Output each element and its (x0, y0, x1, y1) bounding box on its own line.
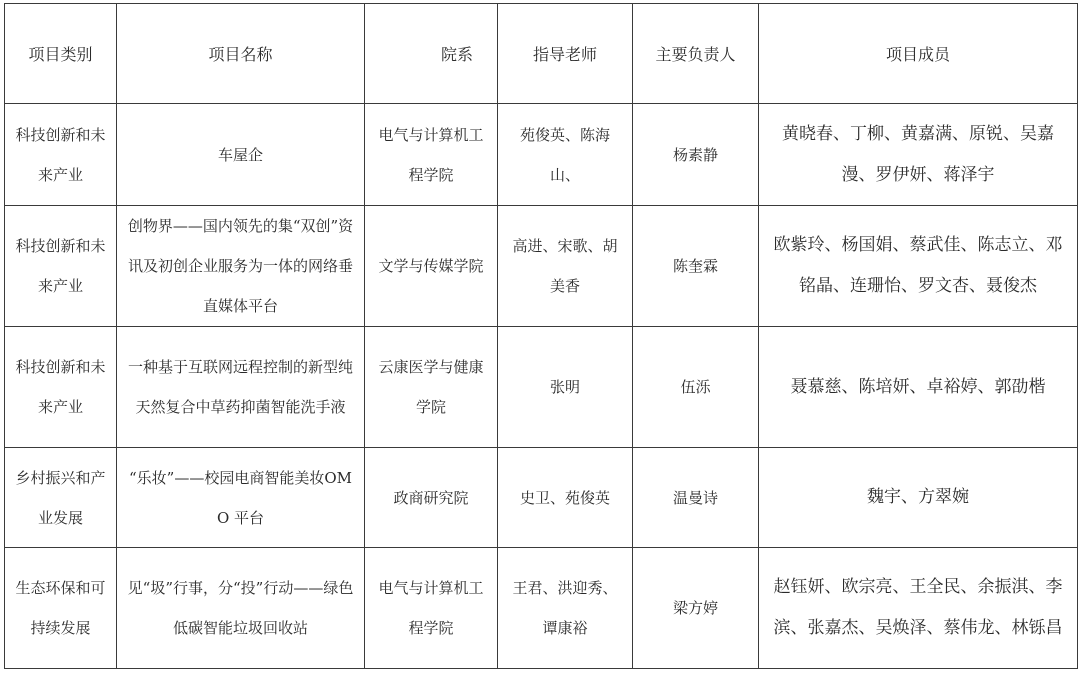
header-category: 项目类别 (5, 4, 117, 104)
header-department: 院系 (365, 4, 498, 104)
cell-members: 欧紫玲、杨国娟、蔡武佳、陈志立、邓铭晶、连珊怡、罗文杏、聂俊杰 (759, 206, 1078, 327)
cell-department: 政商研究院 (365, 448, 498, 548)
cell-leader: 伍泺 (633, 327, 759, 448)
header-members: 项目成员 (759, 4, 1078, 104)
header-advisors: 指导老师 (498, 4, 633, 104)
cell-category: 乡村振兴和产业发展 (5, 448, 117, 548)
table-row: 乡村振兴和产业发展 “乐妆”——校园电商智能美妆OMO 平台 政商研究院 史卫、… (5, 448, 1078, 548)
cell-advisors: 王君、洪迎秀、谭康裕 (498, 548, 633, 669)
cell-project-name: 创物界——国内领先的集“双创”资讯及初创企业服务为一体的网络垂直媒体平台 (117, 206, 365, 327)
cell-project-name: “乐妆”——校园电商智能美妆OMO 平台 (117, 448, 365, 548)
cell-project-name: 见“圾”行事，分“投”行动——绿色低碳智能垃圾回收站 (117, 548, 365, 669)
cell-advisors: 苑俊英、陈海山、 (498, 104, 633, 206)
cell-category: 生态环保和可持续发展 (5, 548, 117, 669)
cell-members: 魏宇、方翠婉 (759, 448, 1078, 548)
cell-leader: 杨素静 (633, 104, 759, 206)
cell-category: 科技创新和未来产业 (5, 104, 117, 206)
cell-members: 赵钰妍、欧宗亮、王全民、余振淇、李滨、张嘉杰、吴焕泽、蔡伟龙、林铄昌 (759, 548, 1078, 669)
cell-category: 科技创新和未来产业 (5, 206, 117, 327)
cell-members: 聂慕慈、陈培妍、卓裕婷、郭劭楷 (759, 327, 1078, 448)
cell-department: 文学与传媒学院 (365, 206, 498, 327)
table-row: 科技创新和未来产业 车屋企 电气与计算机工程学院 苑俊英、陈海山、 杨素静 黄晓… (5, 104, 1078, 206)
cell-department: 电气与计算机工程学院 (365, 548, 498, 669)
cell-project-name: 一种基于互联网远程控制的新型纯天然复合中草药抑菌智能洗手液 (117, 327, 365, 448)
header-row: 项目类别 项目名称 院系 指导老师 主要负责人 项目成员 (5, 4, 1078, 104)
cell-category: 科技创新和未来产业 (5, 327, 117, 448)
table-row: 科技创新和未来产业 创物界——国内领先的集“双创”资讯及初创企业服务为一体的网络… (5, 206, 1078, 327)
header-leader: 主要负责人 (633, 4, 759, 104)
project-table: 项目类别 项目名称 院系 指导老师 主要负责人 项目成员 科技创新和未来产业 车… (4, 3, 1078, 669)
cell-project-name: 车屋企 (117, 104, 365, 206)
cell-leader: 温曼诗 (633, 448, 759, 548)
cell-leader: 陈奎霖 (633, 206, 759, 327)
cell-department: 云康医学与健康学院 (365, 327, 498, 448)
cell-advisors: 张明 (498, 327, 633, 448)
cell-advisors: 高进、宋歌、胡美香 (498, 206, 633, 327)
cell-leader: 梁方婷 (633, 548, 759, 669)
table-row: 生态环保和可持续发展 见“圾”行事，分“投”行动——绿色低碳智能垃圾回收站 电气… (5, 548, 1078, 669)
cell-members: 黄晓春、丁柳、黄嘉满、原锐、吴嘉漫、罗伊妍、蒋泽宇 (759, 104, 1078, 206)
cell-advisors: 史卫、苑俊英 (498, 448, 633, 548)
table-row: 科技创新和未来产业 一种基于互联网远程控制的新型纯天然复合中草药抑菌智能洗手液 … (5, 327, 1078, 448)
cell-department: 电气与计算机工程学院 (365, 104, 498, 206)
header-project-name: 项目名称 (117, 4, 365, 104)
